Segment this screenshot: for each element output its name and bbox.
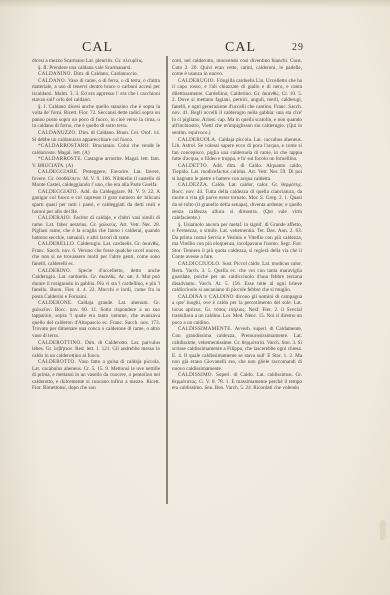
entry-headword: CALDEROTTO. [38,359,78,365]
dictionary-entry: CALDERELLO. Calderugio. Lat. carduelis. … [32,241,160,267]
entry-headword: CALDERUOLA. [178,137,218,143]
dictionary-entry: CALDEGGIATO. Add. da Caldeggiare. M. V. … [32,189,160,215]
left-column: dicesi a mezzo Scarmano Lat. pleuritis. … [32,58,160,392]
right-running-head: CAL [225,40,256,56]
running-header: CAL CAL 29 [30,40,320,56]
entry-text: §. Usiamolo ancora per metaf. in signif.… [172,222,302,261]
entry-text: Avverb. superl. di Caldamente, Con grand… [172,326,302,371]
entry-headword: CALDERELLO. [38,241,77,247]
dictionary-entry: CALDANO. Vaso di rame, o di ferro, o di … [32,78,160,104]
dictionary-entry: CALDEROTTO. Vaso fatto a guisa di caldaj… [32,359,160,392]
entry-headword: CALDERAIO. [38,215,73,221]
dictionary-entry: CALDANUZZO. Dim. di Caldano. Buon. Cel. … [32,130,160,143]
entry-headword: CALDETTO. [178,163,213,169]
paper-stain [380,520,386,540]
left-running-head: CAL [82,40,113,56]
entry-headword: CALDICCIUOLO. [178,261,222,267]
entry-headword: CALDANINO. [38,71,74,77]
dictionary-entry: CALDERONE. Caldaja grande. Lat. ahenum. … [32,300,160,339]
page-top-shadow [0,0,390,8]
dictionary-entry: CALDETTO. Add. dim. di Caldo. Alquanto c… [172,163,302,183]
dictionary-entry: CALDISSIMAMENTE. Avverb. superl. di Cald… [172,326,302,372]
entry-headword: *CALDARROSTE. [38,156,84,162]
sub-paragraph: §. Usiamolo ancora per metaf. in signif.… [172,222,302,261]
entry-headword: CALDERINO. [38,268,78,274]
entry-headword: CALDEGGIARE. [38,169,83,175]
dictionary-entry: *CALDARROSTARO. Bruciataio. Colui che ve… [32,143,160,156]
dictionary-entry: CALDICCIUOLO. Sust. Piccol caldo. Lat. m… [172,261,302,294]
entry-text: dicesi a mezzo Scarmano Lat. pleuritis. … [32,58,143,64]
entry-headword: CALDEROTTINO. [38,340,85,346]
entry-headword: CALDEZZA. [178,182,212,188]
entry-text: cotti, nel calderotto, muovendo così div… [172,58,302,77]
entry-headword: CALDANO. [38,78,68,84]
entry-text: §. I. Caldano dicesi anche quello stanzi… [32,104,160,130]
dictionary-entry: CALDINA e CALDINO dicono gli uomini di c… [172,294,302,327]
page-number: 29 [292,42,304,53]
dictionary-entry: CALDERINO. Specie d'uccelletto, detto an… [32,268,160,301]
book-page: CAL CAL 29 dicesi a mezzo Scarmano Lat. … [0,0,390,595]
dictionary-entry: CALDISSIMO. Superl. di Caldo. Lat. caldi… [172,372,302,392]
entry-headword: CALDERONE. [38,300,78,306]
entry-text: Fringilla carduelis Lin. Uccelletto che … [172,78,302,136]
entry-headword: CALDERUGIO. [178,78,217,84]
dictionary-entry: CALDERAIO. Facitor di caldaje, e d'altri… [32,215,160,241]
entry-text: Caldo. Lat. caldor, calor. Gr. θερμότης.… [172,182,302,221]
dictionary-entry: *CALDARROSTE. Castagne arrostite. Magal.… [32,156,160,169]
entry-headword: CALDISSIMO. [178,372,216,378]
continued-text: cotti, nel calderotto, muovendo così div… [172,58,302,78]
entry-text: §. II. Prendere una caldana vale Scarman… [38,65,132,71]
entry-text: Caldaja grande. Lat. ahenum. Gr. χαλκεῖο… [32,300,160,339]
dictionary-entry: CALDERUOLA. Caldaja piccola. Lat. caccab… [172,137,302,163]
entry-headword: CALDISSIMAMENTE. [178,326,235,332]
right-column: cotti, nel calderotto, muovendo così div… [172,58,302,392]
entry-text: Dim. di Caldano, Caldanuccio. [74,71,138,77]
dictionary-entry: CALDEROTTINO. Dim. di Calderotto. Lat. p… [32,340,160,360]
dictionary-entry: CALDEZZA. Caldo. Lat. caldor, calor. Gr.… [172,182,302,221]
entry-headword: CALDANUZZO. [38,130,79,136]
dictionary-entry: CALDEGGIARE. Proteggere, Favorire. Lat. … [32,169,160,189]
entry-headword: *CALDARROSTARO. [38,143,93,149]
dictionary-entry: CALDERUGIO. Fringilla carduelis Lin. Ucc… [172,78,302,137]
entry-headword: CALDINA e CALDINO [178,294,236,300]
column-divider [166,56,168,504]
sub-paragraph: §. I. Caldano dicesi anche quello stanzi… [32,104,160,130]
